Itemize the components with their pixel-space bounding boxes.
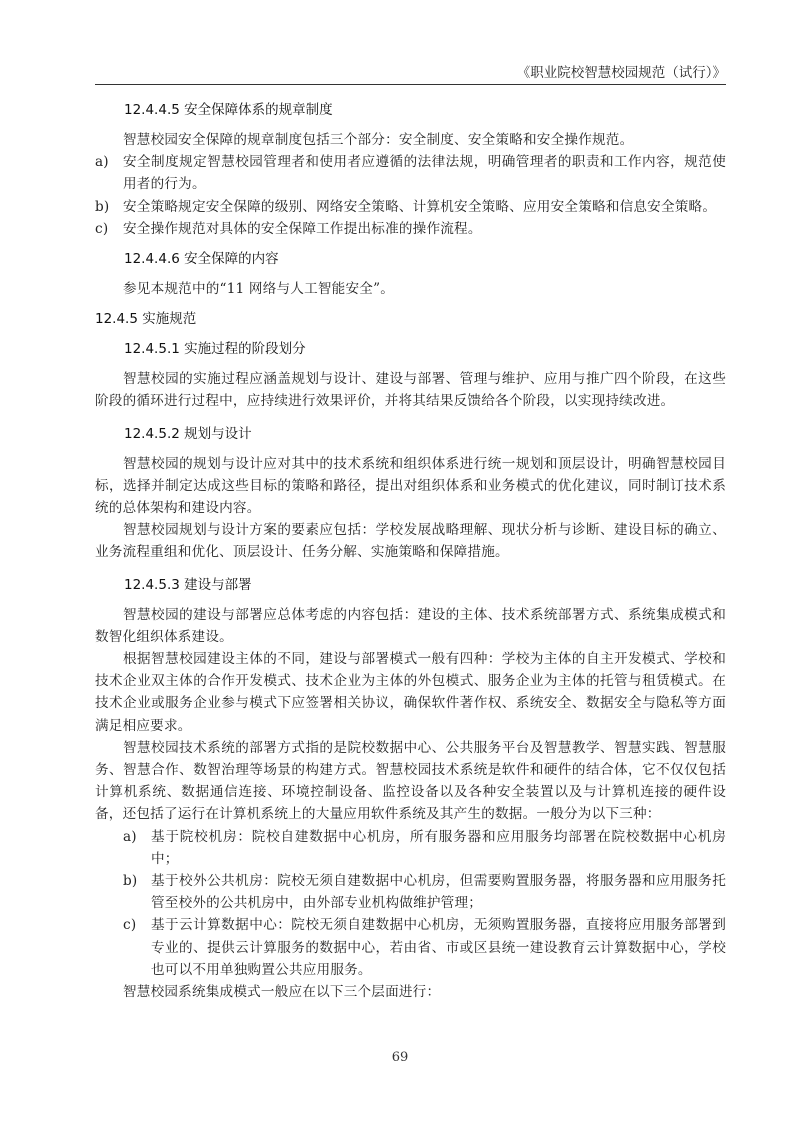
list-marker: a) — [95, 151, 109, 173]
paragraph: 智慧校园规划与设计方案的要素应包括：学校发展战略理解、现状分析与诊断、建设目标的… — [95, 519, 726, 563]
paragraph: 智慧校园系统集成模式一般应在以下三个层面进行： — [95, 981, 726, 1003]
document-page: 《职业院校智慧校园规范（试行）》 12.4.4.5 安全保障体系的规章制度 智慧… — [0, 0, 800, 1131]
section-heading-12-4-5-2: 12.4.5.2 规划与设计 — [95, 423, 726, 445]
section-heading-12-4-5-3: 12.4.5.3 建设与部署 — [95, 574, 726, 596]
list-item: b) 基于校外公共机房：院校无须自建数据中心机房，但需要购置服务器，将服务器和应… — [95, 870, 726, 914]
section-heading-12-4-5: 12.4.5 实施规范 — [95, 308, 726, 330]
list-marker: c) — [123, 914, 136, 936]
paragraph: 根据智慧校园建设主体的不同，建设与部署模式一般有四种：学校为主体的自主开发模式、… — [95, 648, 726, 737]
list-item-text: 基于院校机房：院校自建数据中心机房，所有服务器和应用服务均部署在院校数据中心机房… — [151, 829, 726, 867]
list-item: c) 安全操作规范对具体的安全保障工作提出标准的操作流程。 — [95, 218, 726, 240]
deployment-modes-list: a) 基于院校机房：院校自建数据中心机房，所有服务器和应用服务均部署在院校数据中… — [95, 826, 726, 981]
paragraph: 智慧校园安全保障的规章制度包括三个部分：安全制度、安全策略和安全操作规范。 — [95, 129, 726, 151]
list-item-text: 基于校外公共机房：院校无须自建数据中心机房，但需要购置服务器，将服务器和应用服务… — [151, 873, 726, 911]
section-heading-12-4-4-5: 12.4.4.5 安全保障体系的规章制度 — [95, 99, 726, 121]
paragraph: 智慧校园的建设与部署应总体考虑的内容包括：建设的主体、技术系统部署方式、系统集成… — [95, 604, 726, 648]
list-item-text: 基于云计算数据中心：院校无须自建数据中心机房，无须购置服务器，直接将应用服务部署… — [151, 917, 726, 977]
section-heading-12-4-4-6: 12.4.4.6 安全保障的内容 — [95, 248, 726, 270]
rules-list: a) 安全制度规定智慧校园管理者和使用者应遵循的法律法规，明确管理者的职责和工作… — [95, 151, 726, 240]
list-item-text: 安全策略规定安全保障的级别、网络安全策略、计算机安全策略、应用安全策略和信息安全… — [123, 199, 716, 215]
list-marker: a) — [123, 826, 137, 848]
list-item-text: 安全操作规范对具体的安全保障工作提出标准的操作流程。 — [123, 221, 482, 237]
list-marker: b) — [95, 196, 109, 218]
list-item: a) 安全制度规定智慧校园管理者和使用者应遵循的法律法规，明确管理者的职责和工作… — [95, 151, 726, 195]
running-header: 《职业院校智慧校园规范（试行）》 — [95, 62, 726, 85]
paragraph: 智慧校园的实施过程应涵盖规划与设计、建设与部署、管理与维护、应用与推广四个阶段，… — [95, 368, 726, 412]
paragraph: 智慧校园的规划与设计应对其中的技术系统和组织体系进行统一规划和顶层设计，明确智慧… — [95, 453, 726, 520]
page-content: 12.4.4.5 安全保障体系的规章制度 智慧校园安全保障的规章制度包括三个部分… — [95, 99, 726, 1003]
section-heading-12-4-5-1: 12.4.5.1 实施过程的阶段划分 — [95, 338, 726, 360]
list-item: a) 基于院校机房：院校自建数据中心机房，所有服务器和应用服务均部署在院校数据中… — [95, 826, 726, 870]
list-marker: c) — [95, 218, 108, 240]
paragraph: 参见本规范中的“11 网络与人工智能安全”。 — [95, 278, 726, 300]
list-marker: b) — [123, 870, 137, 892]
page-number: 69 — [0, 1050, 800, 1065]
paragraph: 智慧校园技术系统的部署方式指的是院校数据中心、公共服务平台及智慧教学、智慧实践、… — [95, 737, 726, 826]
list-item: c) 基于云计算数据中心：院校无须自建数据中心机房，无须购置服务器，直接将应用服… — [95, 914, 726, 981]
list-item: b) 安全策略规定安全保障的级别、网络安全策略、计算机安全策略、应用安全策略和信… — [95, 196, 726, 218]
list-item-text: 安全制度规定智慧校园管理者和使用者应遵循的法律法规，明确管理者的职责和工作内容，… — [123, 154, 726, 192]
